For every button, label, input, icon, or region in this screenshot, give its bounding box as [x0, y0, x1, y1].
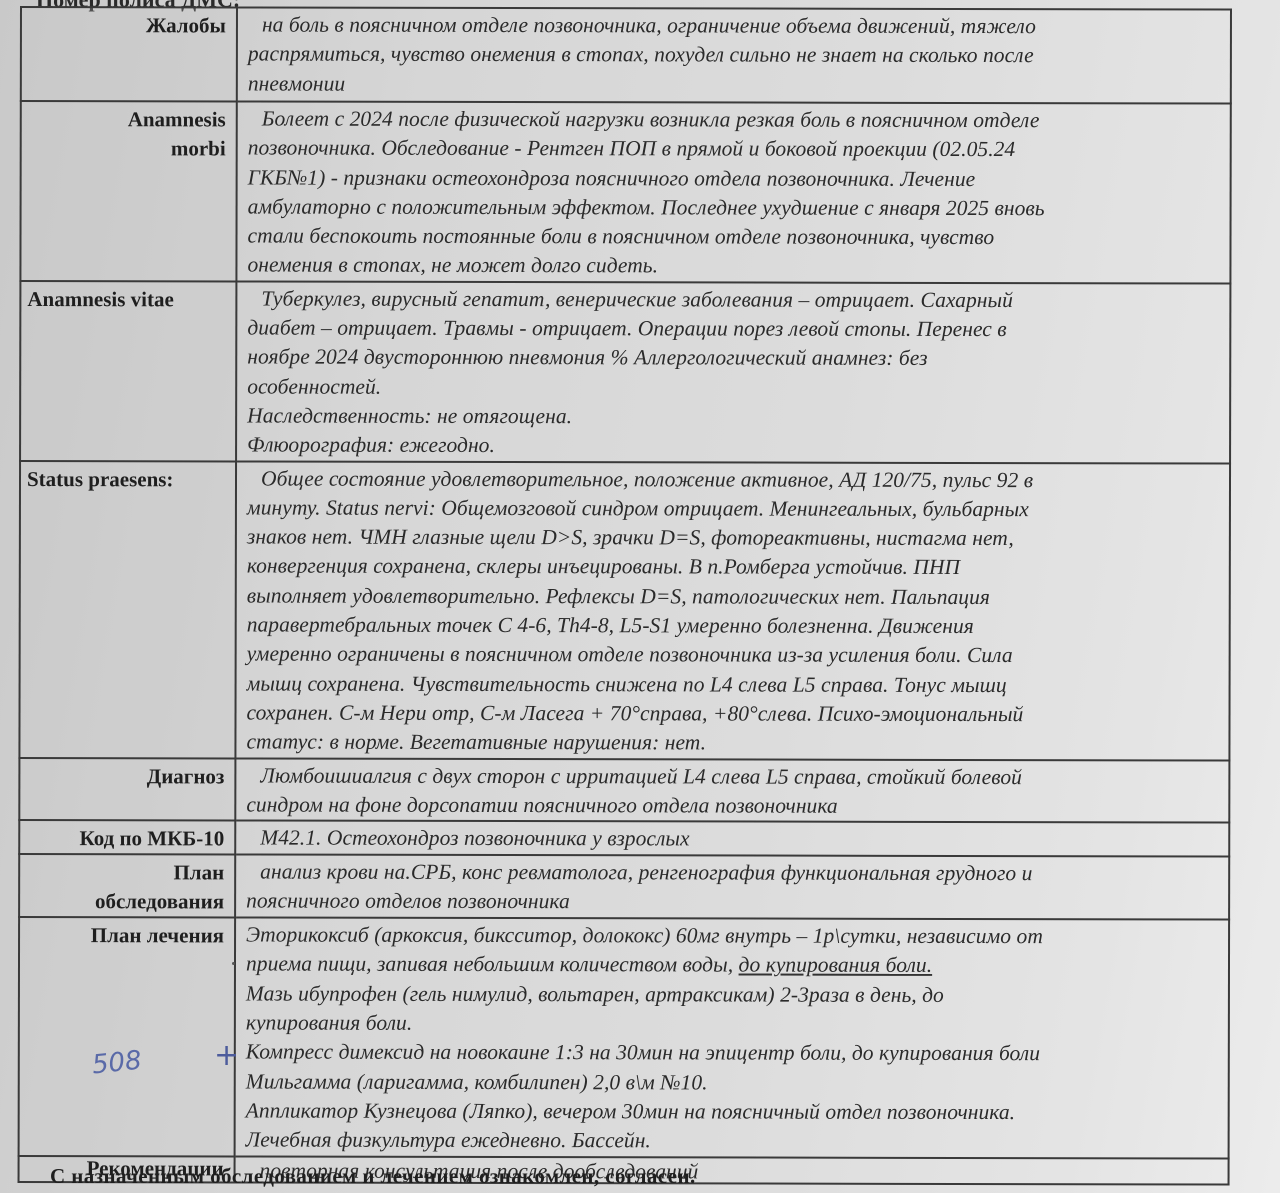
row-label-complaints: Жалобы	[21, 7, 237, 101]
text-line: купирования боли.	[246, 1008, 1216, 1039]
text-line: минуту. Status nervi: Общемозговой синдр…	[247, 493, 1217, 524]
row-label-diagnosis: Диагноз	[19, 758, 235, 821]
text-line: Болеет с 2024 после физической нагрузки …	[248, 104, 1218, 135]
text-line: особенностей.	[247, 372, 1217, 403]
text-line: Люмбоишиалгия с двух сторон с ирритацией…	[246, 761, 1216, 792]
text-line: анализ крови на.СРБ, конс ревматолога, р…	[246, 858, 1216, 889]
text-line: Общее состояние удовлетворительное, поло…	[247, 464, 1217, 495]
label-line: morbi	[28, 134, 226, 163]
text-line: Флюорография: ежегодно.	[247, 431, 1217, 462]
text-line: синдром на фоне дорсопатии поясничного о…	[246, 790, 1216, 821]
row-content-anamnesis-morbi: Болеет с 2024 после физической нагрузки …	[236, 101, 1230, 283]
table-row-icd10-code: Код по МКБ-10 М42.1. Остеохондроз позвон…	[19, 820, 1229, 857]
medical-record-table: Жалобы на боль в поясничном отделе позво…	[18, 6, 1232, 1185]
table-row-treatment-plan: План лечения Эторикоксиб (аркоксия, бикс…	[19, 917, 1229, 1158]
text-line: приема пищи, запивая небольшим количеств…	[246, 950, 1216, 981]
row-content-icd10-code: М42.1. Остеохондроз позвоночника у взрос…	[235, 821, 1229, 857]
text-line: онемения в стопах, не может долго сидеть…	[247, 251, 1217, 282]
text-line: сохранен. С-м Нери отр, С-м Ласега + 70°…	[246, 698, 1216, 729]
text-line: Мильгамма (ларигамма, комбилипен) 2,0 в\…	[246, 1067, 1216, 1098]
text-line: Туберкулез, вирусный гепатит, венерическ…	[247, 284, 1217, 315]
row-label-treatment-plan: План лечения	[19, 917, 235, 1156]
text-line: Лечебная физкультура ежедневно. Бассейн.	[246, 1126, 1216, 1157]
text-line: статус: в норме. Вегетативные нарушения:…	[246, 728, 1216, 759]
label-line: обследования	[26, 887, 224, 916]
text-line: распрямиться, чувство онемения в стопах,…	[248, 40, 1218, 71]
text-line: стали беспокоить постоянные боли в поясн…	[247, 222, 1217, 253]
table-row-complaints: Жалобы на боль в поясничном отделе позво…	[21, 7, 1231, 104]
row-content-diagnosis: Люмбоишиалгия с двух сторон с ирритацией…	[235, 758, 1229, 823]
row-content-treatment-plan: Эторикоксиб (аркоксия, биксситор, долоко…	[235, 918, 1229, 1158]
row-content-examination-plan: анализ крови на.СРБ, конс ревматолога, р…	[235, 855, 1229, 920]
table-row-anamnesis-vitae: Anamnesis vitae Туберкулез, вирусный геп…	[20, 281, 1230, 463]
text-line: паравертебральных точек С 4-6, Th4-8, L5…	[247, 611, 1217, 642]
row-content-anamnesis-vitae: Туберкулез, вирусный гепатит, венерическ…	[236, 281, 1230, 463]
text-line: Аппликатор Кузнецова (Ляпко), вечером 30…	[246, 1096, 1216, 1127]
text-line: поясничного отделов позвоночника	[246, 887, 1216, 918]
row-label-icd10-code: Код по МКБ-10	[19, 820, 235, 854]
text-line: выполняет удовлетворительно. Рефлексы D=…	[247, 581, 1217, 612]
handwritten-number: 508	[91, 1045, 144, 1080]
text-line: конвергенция сохранена, склеры инъециров…	[247, 552, 1217, 583]
text-line: диабет – отрицает. Травмы - отрицает. Оп…	[247, 314, 1217, 345]
label-line: Anamnesis	[28, 105, 226, 134]
table-row-anamnesis-morbi: Anamnesis morbi Болеет с 2024 после физи…	[20, 101, 1230, 283]
text-line: амбулаторно с положительным эффектом. По…	[248, 192, 1218, 223]
row-content-complaints: на боль в поясничном отделе позвоночника…	[237, 7, 1231, 103]
table-row-diagnosis: Диагноз Люмбоишиалгия с двух сторон с ир…	[19, 758, 1229, 823]
text-line: пневмонии	[248, 69, 1218, 100]
table-row-examination-plan: План обследования анализ крови на.СРБ, к…	[19, 854, 1229, 920]
row-label-examination-plan: План обследования	[19, 854, 235, 917]
consent-statement: С назначенным обследованием и лечением о…	[50, 1164, 696, 1189]
text-line: Компресс димексид на новокаине 1:3 на 30…	[246, 1038, 1216, 1069]
text-line: Наследственность: не отягощена.	[247, 401, 1217, 432]
row-label-anamnesis-vitae: Anamnesis vitae	[20, 281, 236, 461]
text-line: ГКБ№1) - признаки остеохондроза поясничн…	[248, 163, 1218, 194]
row-label-anamnesis-morbi: Anamnesis morbi	[20, 101, 236, 281]
text-line: позвоночника. Обследование - Рентген ПОП…	[248, 134, 1218, 165]
text-segment: приема пищи, запивая небольшим количеств…	[246, 952, 739, 977]
table-row-status-praesens: Status praesens: Общее состояние удовлет…	[19, 461, 1230, 761]
text-line: ноябре 2024 двустороннюю пневмония % Алл…	[247, 343, 1217, 374]
label-line: План	[26, 858, 224, 887]
text-line: знаков нет. ЧМН глазные щели D>S, зрачки…	[247, 523, 1217, 554]
text-line: Мазь ибупрофен (гель нимулид, вольтарен,…	[246, 979, 1216, 1010]
text-line: М42.1. Остеохондроз позвоночника у взрос…	[246, 824, 1216, 855]
pen-dot-mark	[232, 962, 235, 965]
handwritten-plus-mark: +	[214, 1038, 239, 1073]
row-label-status-praesens: Status praesens:	[19, 461, 236, 758]
text-line: Эторикоксиб (аркоксия, биксситор, долоко…	[246, 921, 1216, 952]
row-content-status-praesens: Общее состояние удовлетворительное, поло…	[235, 461, 1230, 760]
text-line: умеренно ограничены в поясничном отделе …	[247, 640, 1217, 671]
underlined-text: до купирования боли.	[739, 953, 933, 977]
text-line: на боль в поясничном отделе позвоночника…	[248, 10, 1218, 41]
text-line: мышц сохранена. Чувствительность снижена…	[247, 669, 1217, 700]
